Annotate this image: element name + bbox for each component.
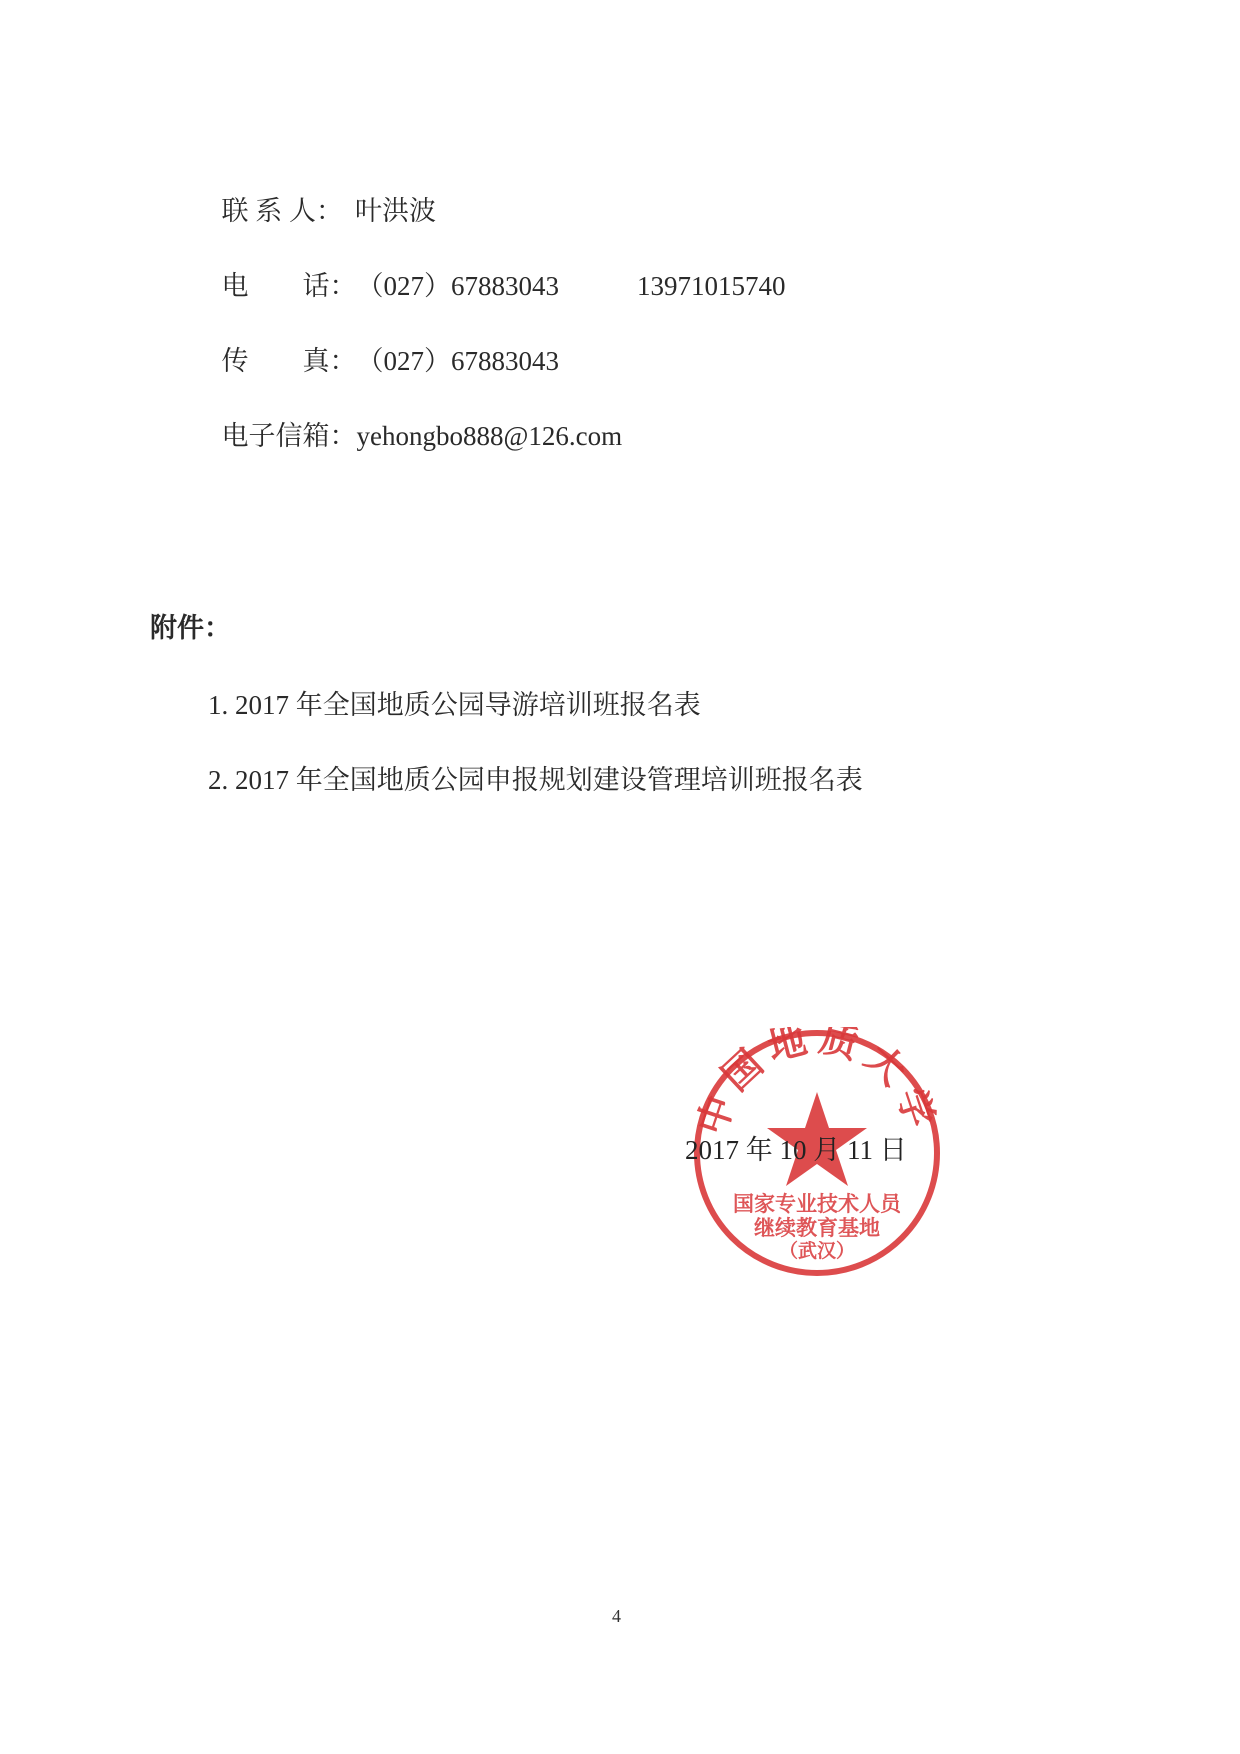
phone-line: 电 话：（027）6788304313971015740: [208, 235, 786, 303]
fax-line: 传 真：（027）67883043: [208, 310, 559, 378]
contact-person-value: 叶洪波: [355, 196, 436, 226]
seal-line-3: （武汉）: [779, 1239, 855, 1262]
fax-label: 传 真：: [222, 344, 357, 378]
email-value: yehongbo888@126.com: [357, 421, 623, 451]
mobile-value: 13971015740: [637, 271, 786, 301]
email-label: 电子信箱：: [222, 419, 357, 453]
contact-person-line: 联 系 人：叶洪波: [208, 160, 436, 228]
attachments-heading: 附件：: [150, 612, 231, 646]
attachment-item-1: 1. 2017 年全国地质公园导游培训班报名表: [208, 688, 701, 722]
seal-line-1: 国家专业技术人员: [733, 1192, 903, 1216]
page-number: 4: [612, 1606, 621, 1627]
phone-value: （027）67883043: [357, 271, 560, 301]
email-line: 电子信箱：yehongbo888@126.com: [208, 385, 622, 453]
document-date: 2017 年 10 月 11 日: [685, 1133, 907, 1167]
seal-line-2: 继续教育基地: [754, 1216, 880, 1240]
contact-person-label: 联 系 人：: [222, 194, 344, 228]
attachment-item-2: 2. 2017 年全国地质公园申报规划建设管理培训班报名表: [208, 763, 863, 797]
fax-value: （027）67883043: [357, 346, 560, 376]
phone-label: 电 话：: [222, 269, 357, 303]
